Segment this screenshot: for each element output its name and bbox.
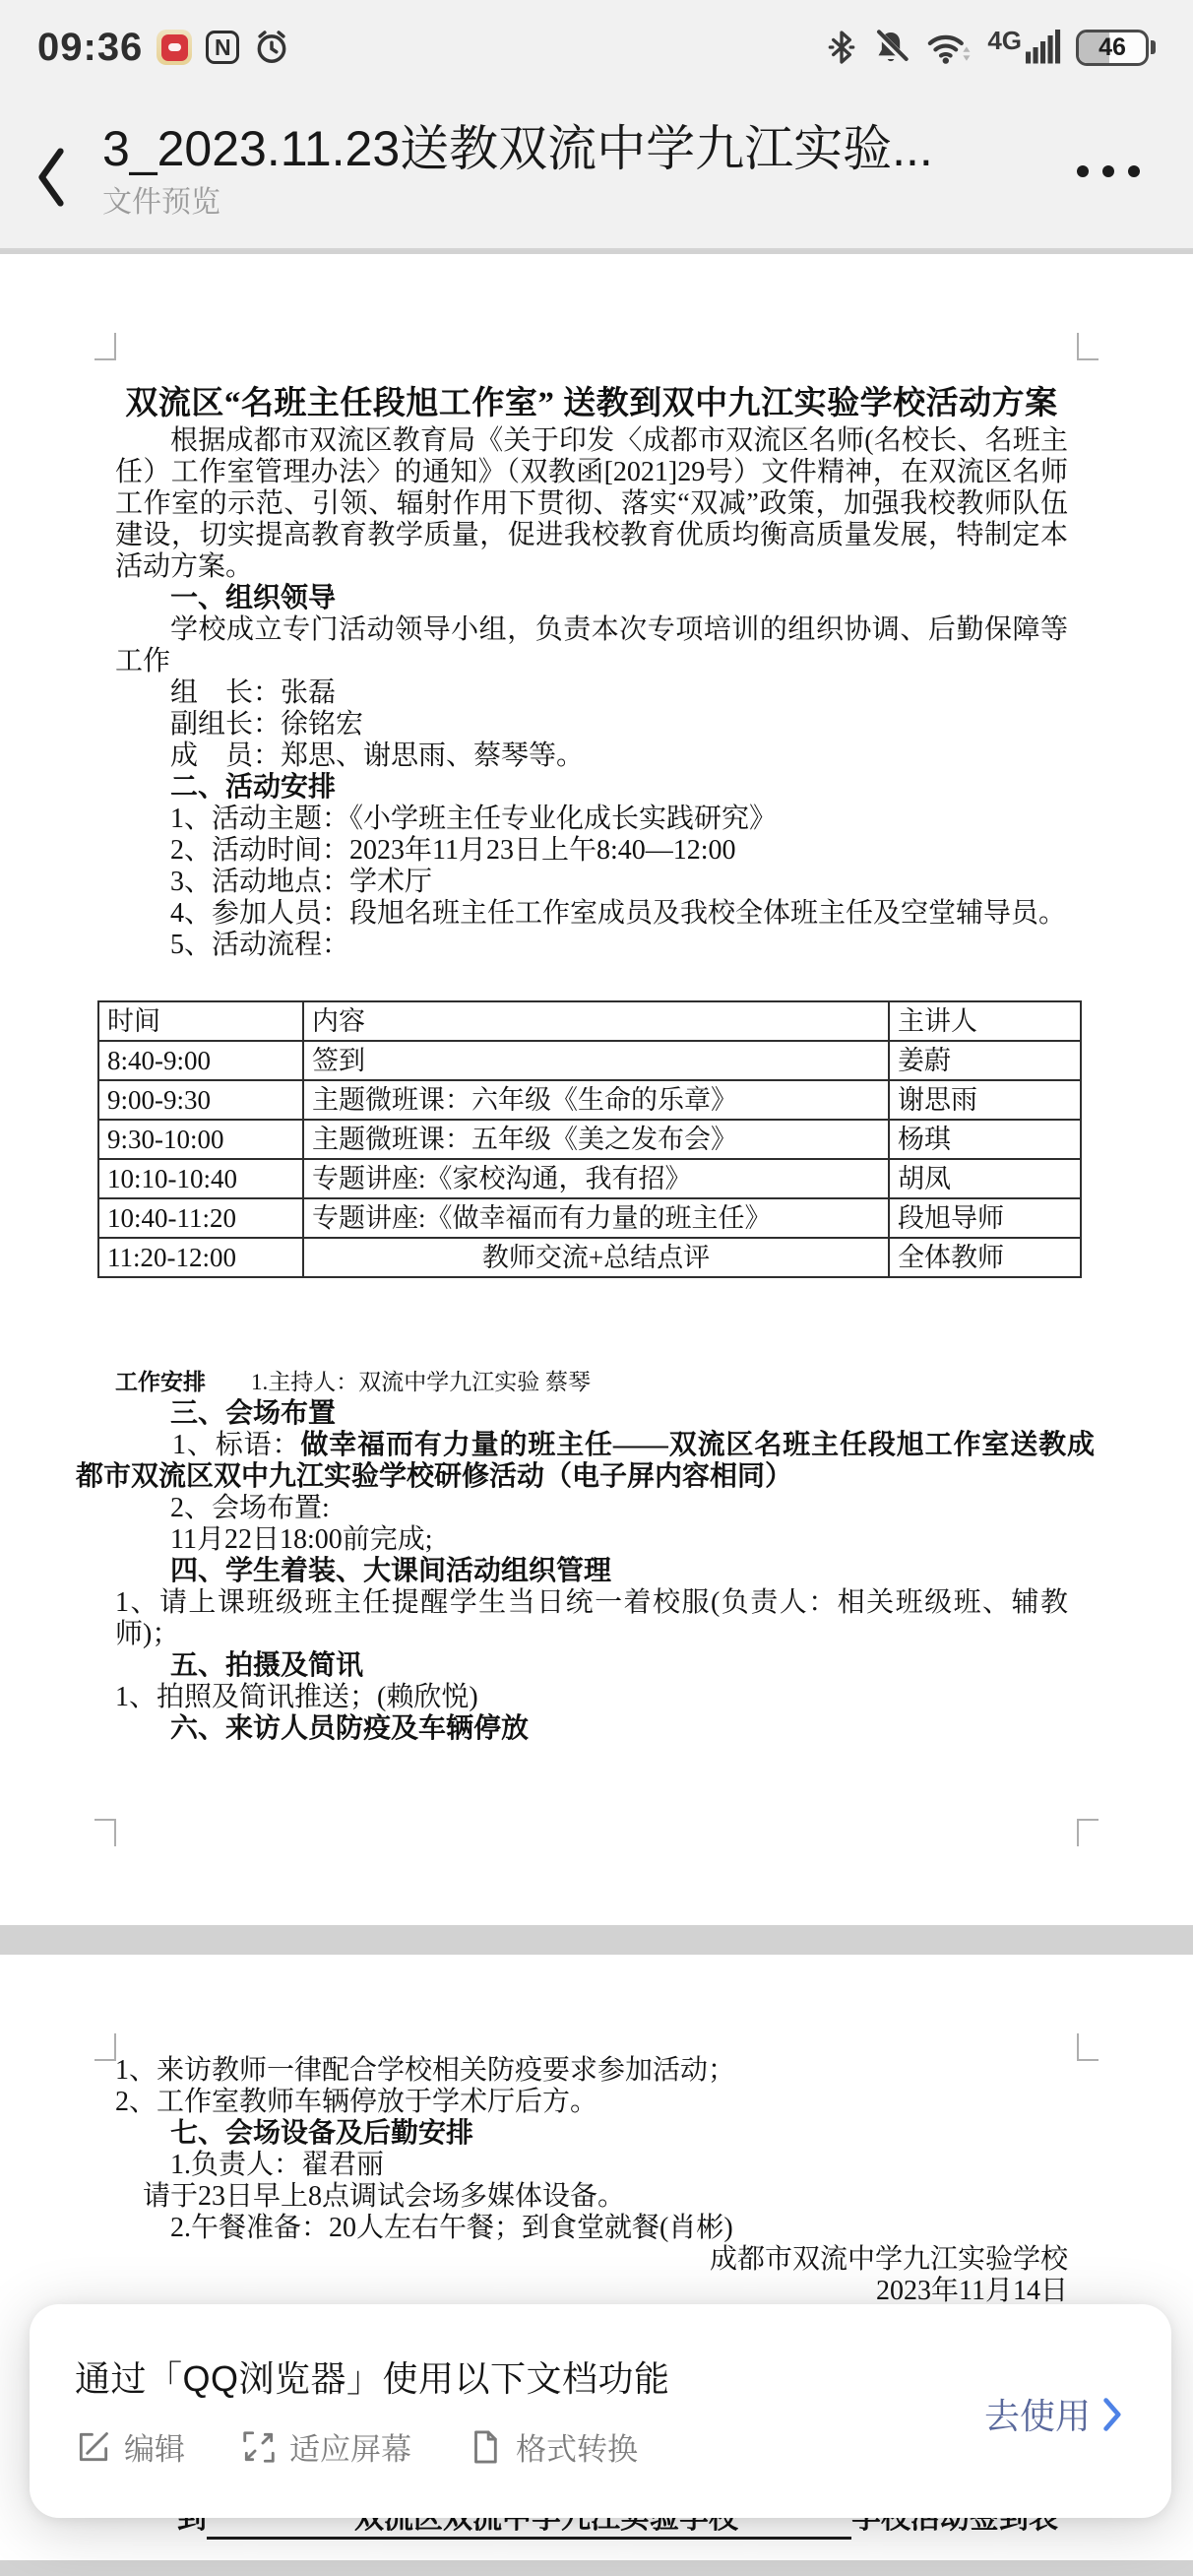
qq-browser-bottom-sheet: 通过「QQ浏览器」使用以下文档功能 去使用 编辑适应屏幕格式转换	[30, 2304, 1171, 2518]
doc-line: 副组长：徐铭宏	[115, 709, 1068, 741]
doc-line: 三、会场布置	[115, 1398, 1068, 1430]
table-cell: 姜蔚	[889, 1041, 1081, 1080]
more-options-button[interactable]	[1067, 156, 1150, 187]
page2-blocks: 1、来访教师一律配合学校相关防疫要求参加活动；2、工作室教师车辆停放于学术厅后方…	[115, 2055, 1068, 2307]
action-fit-screen[interactable]: 适应屏幕	[240, 2424, 411, 2469]
back-button[interactable]	[22, 138, 81, 217]
margin-mark-icon	[94, 333, 116, 360]
table-cell: 主题微班课：六年级《生命的乐章》	[303, 1080, 889, 1120]
schedule-table-body: 时间内容主讲人8:40-9:00签到姜蔚9:00-9:30主题微班课：六年级《生…	[98, 1001, 1081, 1277]
table-cell: 主题微班课：五年级《美之发布会》	[303, 1120, 889, 1159]
doc-line: 2023年11月14日	[115, 2276, 1068, 2307]
doc-line: 1、请上课班级班主任提醒学生当日统一着校服(负责人：相关班级班、辅教师)；	[115, 1587, 1068, 1650]
fit-screen-icon	[240, 2428, 278, 2466]
doc-line: 4、参加人员：段旭名班主任工作室成员及我校全体班主任及空堂辅导员。	[115, 898, 1068, 930]
phone-screen: 09:36 N	[0, 0, 1193, 2576]
margin-mark-icon	[94, 1819, 116, 1846]
margin-mark-icon	[94, 2033, 116, 2061]
doc-line: 六、来访人员防疫及车辆停放	[115, 1713, 1068, 1745]
doc-line: 根据成都市双流区教育局《关于印发〈成都市双流区名师(名校长、名班主任）工作室管理…	[115, 425, 1068, 583]
page1-blocks-bottom: 工作安排 1.主持人：双流中学九江实验 蔡琴三、会场布置1、标语：做幸福而有力量…	[115, 1367, 1068, 1745]
table-header-cell: 内容	[303, 1001, 889, 1041]
doc-line: 七、会场设备及后勤安排	[115, 2118, 1068, 2150]
doc-line: 1、标语：做幸福而有力量的班主任——双流区名班主任段旭工作室送教成都市双流区双中…	[76, 1430, 1095, 1493]
table-cell: 胡凤	[889, 1159, 1081, 1198]
doc-line: 组 长：张磊	[115, 677, 1068, 709]
table-row: 10:10-10:40专题讲座:《家校沟通，我有招》胡凤	[98, 1159, 1081, 1198]
doc-line: 2、活动时间：2023年11月23日上午8:40—12:00	[115, 835, 1068, 867]
table-cell: 8:40-9:00	[98, 1041, 303, 1080]
doc-line: 成 员：郑思、谢思雨、蔡琴等。	[115, 741, 1068, 772]
table-header-cell: 主讲人	[889, 1001, 1081, 1041]
table-cell: 11:20-12:00	[98, 1238, 303, 1277]
more-options-icon	[1077, 165, 1089, 177]
doc-line: 1、来访教师一律配合学校相关防疫要求参加活动；	[115, 2055, 1068, 2087]
doc-line: 2.午餐准备：20人左右午餐；到食堂就餐(肖彬)	[115, 2213, 1068, 2244]
wifi-icon	[925, 28, 973, 67]
doc-line: 2、会场布置:	[115, 1493, 1068, 1524]
margin-mark-icon	[1077, 333, 1099, 360]
bottom-sheet-title: 通过「QQ浏览器」使用以下文档功能	[75, 2351, 670, 2402]
document-actions-row: 编辑适应屏幕格式转换	[75, 2424, 638, 2469]
nfc-icon: N	[206, 31, 239, 64]
table-cell: 10:40-11:20	[98, 1198, 303, 1238]
notification-app-icon	[157, 30, 192, 65]
table-row: 11:20-12:00教师交流+总结点评全体教师	[98, 1238, 1081, 1277]
doc-line: 二、活动安排	[115, 772, 1068, 804]
table-row: 10:40-11:20专题讲座:《做幸福而有力量的班主任》段旭导师	[98, 1198, 1081, 1238]
table-row: 8:40-9:00签到姜蔚	[98, 1041, 1081, 1080]
doc-line: 工作安排 1.主持人：双流中学九江实验 蔡琴	[115, 1367, 1068, 1398]
doc-line: 四、学生着装、大课间活动组织管理	[115, 1556, 1068, 1587]
doc-line: 11月22日18:00前完成;	[115, 1524, 1068, 1556]
table-cell: 谢思雨	[889, 1080, 1081, 1120]
doc-line: 1、拍照及简讯推送；(赖欣悦)	[115, 1682, 1068, 1713]
doc-line: 学校成立专门活动领导小组，负责本次专项培训的组织协调、后勤保障等工作	[115, 614, 1068, 677]
doc-line: 一、组织领导	[115, 583, 1068, 614]
action-format-convert[interactable]: 格式转换	[467, 2424, 638, 2469]
document-preview-area[interactable]: 双流区“名班主任段旭工作室” 送教到双中九江实验学校活动方案根据成都市双流区教育…	[0, 250, 1193, 2576]
nav-bar: 3_2023.11.23送教双流中学九江实验... 文件预览	[0, 95, 1193, 250]
table-row: 9:00-9:30主题微班课：六年级《生命的乐章》谢思雨	[98, 1080, 1081, 1120]
signal-4g-icon: 4G	[987, 28, 1061, 67]
file-title: 3_2023.11.23送教双流中学九江实验...	[102, 118, 1016, 179]
clock-time: 09:36	[37, 26, 143, 70]
margin-mark-icon	[1077, 1819, 1099, 1846]
table-cell: 9:00-9:30	[98, 1080, 303, 1120]
doc-line: 2、工作室教师车辆停放于学术厅后方。	[115, 2087, 1068, 2118]
document-page-1: 双流区“名班主任段旭工作室” 送教到双中九江实验学校活动方案根据成都市双流区教育…	[0, 254, 1193, 1925]
chevron-right-icon	[1100, 2397, 1122, 2432]
table-cell: 专题讲座:《做幸福而有力量的班主任》	[303, 1198, 889, 1238]
action-label: 编辑	[124, 2424, 185, 2469]
doc-line: 请于23日早上8点调试会场多媒体设备。	[115, 2181, 1068, 2213]
page1-blocks-top: 双流区“名班主任段旭工作室” 送教到双中九江实验学校活动方案根据成都市双流区教育…	[115, 382, 1068, 961]
margin-mark-icon	[1077, 2033, 1099, 2061]
table-cell: 全体教师	[889, 1238, 1081, 1277]
table-cell: 杨琪	[889, 1120, 1081, 1159]
alarm-icon	[253, 29, 290, 66]
action-label: 格式转换	[516, 2424, 638, 2469]
format-convert-icon	[467, 2428, 504, 2466]
table-cell: 段旭导师	[889, 1198, 1081, 1238]
battery-icon: 46	[1076, 30, 1156, 66]
doc-line: 1、活动主题：《小学班主任专业化成长实践研究》	[115, 804, 1068, 835]
table-cell: 10:10-10:40	[98, 1159, 303, 1198]
action-label: 适应屏幕	[289, 2424, 411, 2469]
table-header-cell: 时间	[98, 1001, 303, 1041]
doc-line: 3、活动地点：学术厅	[115, 867, 1068, 898]
table-cell: 9:30-10:00	[98, 1120, 303, 1159]
schedule-table: 时间内容主讲人8:40-9:00签到姜蔚9:00-9:30主题微班课：六年级《生…	[97, 1000, 1082, 1278]
doc-line: 成都市双流中学九江实验学校	[115, 2244, 1068, 2276]
notifications-muted-icon	[871, 28, 910, 67]
doc-line: 1.负责人：翟君丽	[115, 2150, 1068, 2181]
document-title: 双流区“名班主任段旭工作室” 送教到双中九江实验学校活动方案	[115, 382, 1068, 425]
doc-line: 5、活动流程：	[115, 930, 1068, 961]
table-cell: 签到	[303, 1041, 889, 1080]
table-cell: 专题讲座:《家校沟通，我有招》	[303, 1159, 889, 1198]
edit-icon	[75, 2428, 112, 2466]
file-preview-label: 文件预览	[102, 183, 1016, 223]
back-icon	[32, 146, 70, 209]
go-use-button[interactable]: 去使用	[984, 2389, 1122, 2439]
table-row: 9:30-10:00主题微班课：五年级《美之发布会》杨琪	[98, 1120, 1081, 1159]
bluetooth-icon	[827, 28, 856, 67]
doc-line: 五、拍摄及简讯	[115, 1650, 1068, 1682]
status-bar: 09:36 N	[0, 0, 1193, 95]
action-edit[interactable]: 编辑	[75, 2424, 185, 2469]
table-cell: 教师交流+总结点评	[303, 1238, 889, 1277]
